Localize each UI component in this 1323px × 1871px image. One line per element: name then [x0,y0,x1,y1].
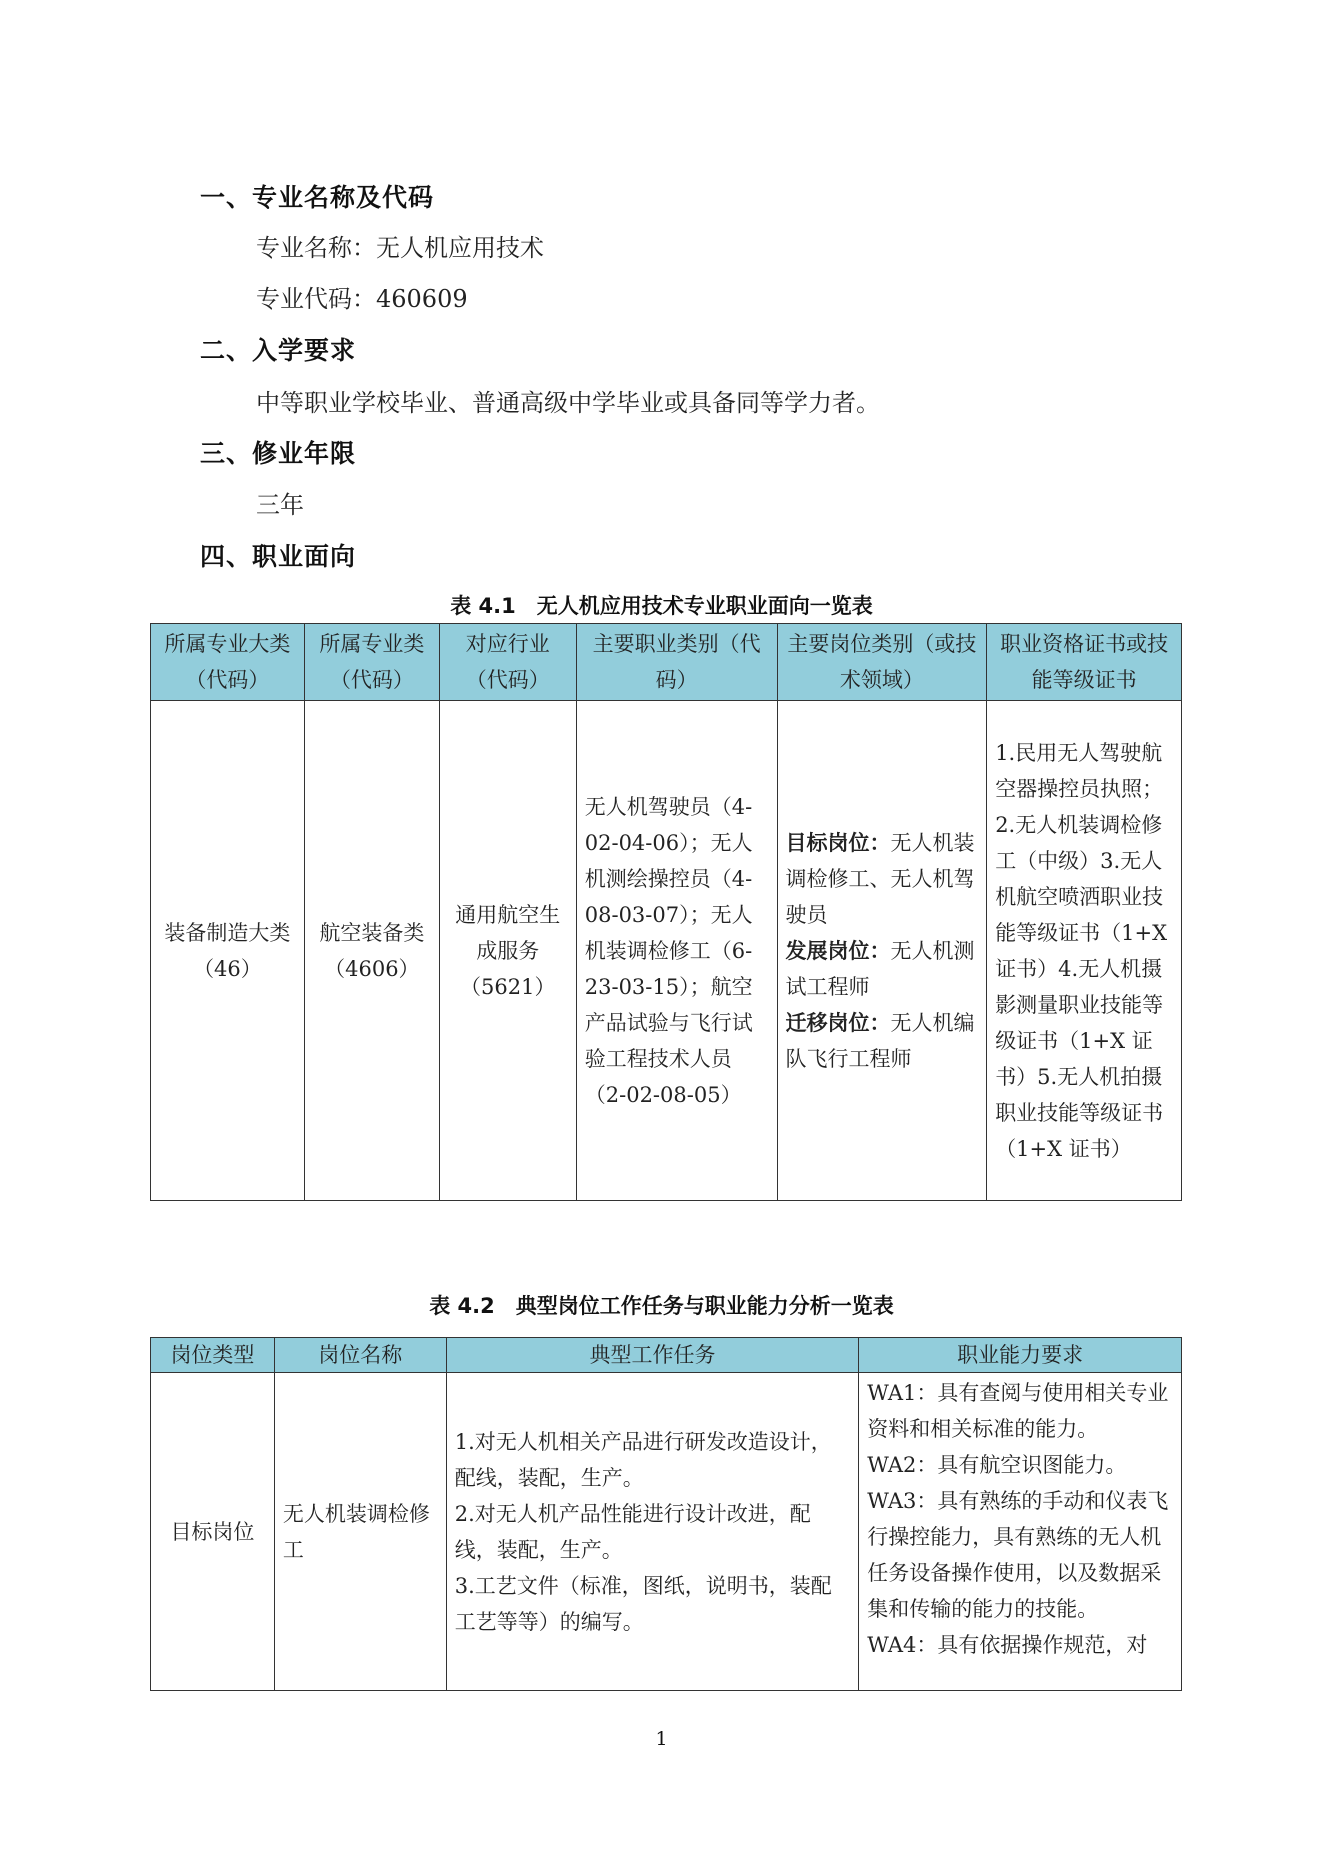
table-header-row: 所属专业大类（代码） 所属专业类（代码） 对应行业（代码） 主要职业类别（代码）… [151,624,1182,701]
section-heading-1: 一、专业名称及代码 [200,178,434,214]
ability-item: WA1：具有查阅与使用相关专业资料和相关标准的能力。 [867,1375,1173,1447]
admission-requirement: 中等职业学校毕业、普通高级中学毕业或具备同等学力者。 [256,383,880,418]
cell-occupations: 无人机驾驶员（4-02-04-06）；无人机测绘操控员（4-08-03-07）；… [576,701,777,1201]
section-heading-3: 三、修业年限 [200,434,356,470]
section-heading-2: 二、入学要求 [200,331,356,367]
table-row: 装备制造大类（46） 航空装备类（4606） 通用航空生成服务（5621） 无人… [151,701,1182,1201]
cell-industry: 通用航空生成服务（5621） [439,701,576,1201]
position-label: 目标岗位： [786,831,891,855]
header-position-name: 岗位名称 [274,1338,446,1373]
cell-tasks: 1.对无人机相关产品进行研发改造设计，配线，装配，生产。 2.对无人机产品性能进… [446,1373,859,1691]
header-tasks: 典型工作任务 [446,1338,859,1373]
major-name: 专业名称：无人机应用技术 [256,228,544,263]
section-heading-4: 四、职业面向 [200,537,356,573]
page-number: 1 [0,1728,1323,1750]
position-label: 迁移岗位： [786,1011,891,1035]
job-task-ability-table: 岗位类型 岗位名称 典型工作任务 职业能力要求 目标岗位 无人机装调检修工 1.… [150,1337,1182,1691]
table1-caption: 表 4.1 无人机应用技术专业职业面向一览表 [0,590,1323,620]
task-item: 3.工艺文件（标准，图纸，说明书，装配工艺等等）的编写。 [455,1568,851,1640]
cell-abilities: WA1：具有查阅与使用相关专业资料和相关标准的能力。 WA2：具有航空识图能力。… [859,1373,1182,1691]
ability-item: WA4：具有依据操作规范，对 [867,1627,1173,1663]
cell-position-type: 目标岗位 [151,1373,275,1691]
career-orientation-table: 所属专业大类（代码） 所属专业类（代码） 对应行业（代码） 主要职业类别（代码）… [150,623,1182,1201]
position-label: 发展岗位： [786,939,891,963]
header-occupations: 主要职业类别（代码） [576,624,777,701]
cell-positions: 目标岗位：无人机装调检修工、无人机驾驶员 发展岗位：无人机测试工程师 迁移岗位：… [777,701,987,1201]
cell-certificates: 1.民用无人驾驶航空器操控员执照；2.无人机装调检修工（中级）3.无人机航空喷洒… [987,701,1182,1201]
header-abilities: 职业能力要求 [859,1338,1182,1373]
task-item: 1.对无人机相关产品进行研发改造设计，配线，装配，生产。 [455,1424,851,1496]
table-row: 目标岗位 无人机装调检修工 1.对无人机相关产品进行研发改造设计，配线，装配，生… [151,1373,1182,1691]
header-major-category: 所属专业大类（代码） [151,624,305,701]
ability-item: WA3：具有熟练的手动和仪表飞行操控能力，具有熟练的无人机任务设备操作使用，以及… [867,1483,1173,1627]
cell-major-category: 装备制造大类（46） [151,701,305,1201]
cell-position-name: 无人机装调检修工 [274,1373,446,1691]
table2-caption: 表 4.2 典型岗位工作任务与职业能力分析一览表 [0,1290,1323,1320]
header-industry: 对应行业（代码） [439,624,576,701]
cell-major-class: 航空装备类（4606） [304,701,439,1201]
header-major-class: 所属专业类（代码） [304,624,439,701]
header-positions: 主要岗位类别（或技术领域） [777,624,987,701]
task-item: 2.对无人机产品性能进行设计改进，配线，装配，生产。 [455,1496,851,1568]
header-position-type: 岗位类型 [151,1338,275,1373]
table-header-row: 岗位类型 岗位名称 典型工作任务 职业能力要求 [151,1338,1182,1373]
header-certificates: 职业资格证书或技能等级证书 [987,624,1182,701]
study-duration: 三年 [256,485,304,520]
major-code: 专业代码：460609 [256,279,468,314]
ability-item: WA2：具有航空识图能力。 [867,1447,1173,1483]
